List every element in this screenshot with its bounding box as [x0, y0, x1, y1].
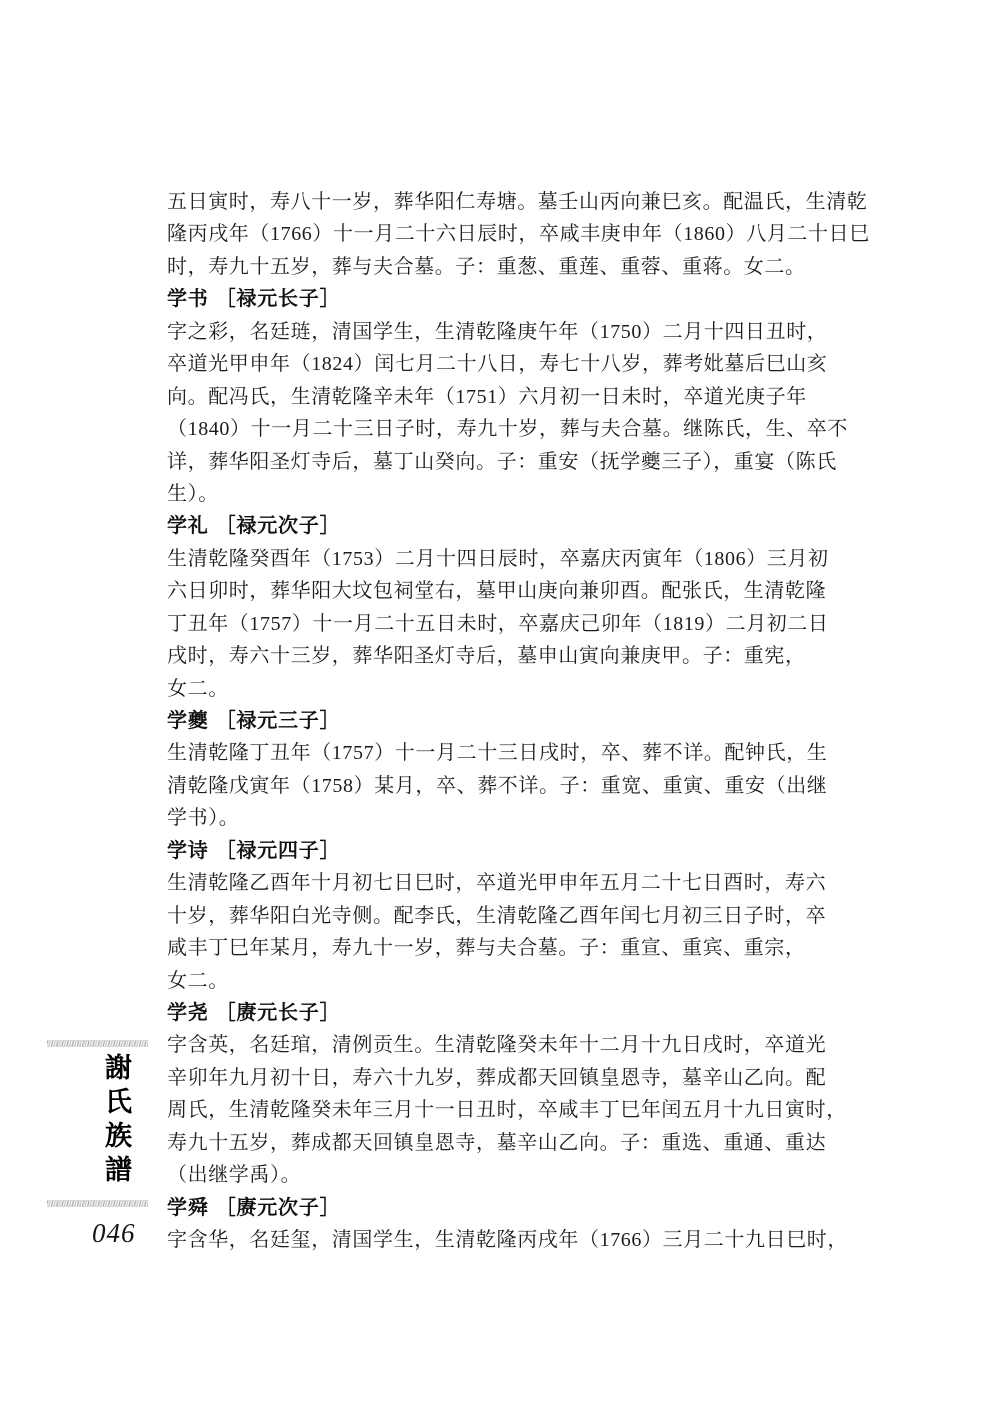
entry-name: 学礼	[167, 515, 209, 537]
text-line: 详，葬华阳圣灯寺后，墓丁山癸向。子：重安（抚学夔三子），重宴（陈氏	[167, 446, 872, 478]
entry-lineage: ［赓元次子］	[216, 1197, 341, 1219]
text-line: 六日卯时，葬华阳大坟包祠堂右，墓甲山庚向兼卯酉。配张氏，生清乾隆	[167, 575, 872, 607]
entry-header: 学书［禄元长子］	[167, 283, 872, 315]
text-line: 十岁，葬华阳白光寺侧。配李氏，生清乾隆乙酉年闰七月初三日子时，卒	[167, 900, 872, 932]
decorative-border-top	[47, 1040, 148, 1047]
text-line: 向。配冯氏，生清乾隆辛未年（1751）六月初一日未时，卒道光庚子年	[167, 381, 872, 413]
entry-header: 学舜［赓元次子］	[167, 1192, 872, 1224]
text-line: 字含英，名廷琯，清例贡生。生清乾隆癸未年十二月十九日戌时，卒道光	[167, 1029, 872, 1061]
text-line: 咸丰丁巳年某月，寿九十一岁，葬与夫合墓。子：重宣、重宾、重宗，	[167, 932, 872, 964]
text-line: （出继学禹）。	[167, 1159, 872, 1191]
entry-header: 学夔［禄元三子］	[167, 705, 872, 737]
text-line: 女二。	[167, 965, 872, 997]
entry-name: 学诗	[167, 840, 209, 862]
entry-lineage: ［禄元次子］	[216, 515, 341, 537]
entry-lineage: ［禄元三子］	[216, 710, 341, 732]
decorative-border-bottom	[47, 1200, 148, 1207]
text-line: 清乾隆戊寅年（1758）某月，卒、葬不详。子：重宽、重寅、重安（出继	[167, 770, 872, 802]
text-line: 时，寿九十五岁，葬与夫合墓。子：重葱、重莲、重蓉、重蒋。女二。	[167, 251, 872, 283]
entry-name: 学书	[167, 288, 209, 310]
text-line: 丁丑年（1757）十一月二十五日未时，卒嘉庆己卯年（1819）二月初二日	[167, 608, 872, 640]
book-spine-title: 謝氏族譜	[96, 1053, 135, 1203]
page-number: 046	[92, 1218, 136, 1249]
entry-header: 学诗［禄元四子］	[167, 835, 872, 867]
text-line: 女二。	[167, 673, 872, 705]
text-line: 生清乾隆丁丑年（1757）十一月二十三日戌时，卒、葬不详。配钟氏，生	[167, 737, 872, 769]
text-line: 五日寅时，寿八十一岁，葬华阳仁寿塘。墓壬山丙向兼巳亥。配温氏，生清乾	[167, 186, 872, 218]
entry-lineage: ［禄元长子］	[216, 288, 341, 310]
text-line: 周氏，生清乾隆癸未年三月十一日丑时，卒咸丰丁巳年闰五月十九日寅时，	[167, 1094, 872, 1126]
entry-lineage: ［赓元长子］	[216, 1002, 341, 1024]
entry-header: 学尧［赓元长子］	[167, 997, 872, 1029]
entry-name: 学夔	[167, 710, 209, 732]
text-line: 辛卯年九月初十日，寿六十九岁，葬成都天回镇皇恩寺，墓辛山乙向。配	[167, 1062, 872, 1094]
text-line: 生）。	[167, 478, 872, 510]
text-line: 寿九十五岁，葬成都天回镇皇恩寺，墓辛山乙向。子：重选、重通、重达	[167, 1127, 872, 1159]
text-line: 字之彩，名廷琏，清国学生，生清乾隆庚午年（1750）二月十四日丑时，	[167, 316, 872, 348]
text-line: 学书）。	[167, 802, 872, 834]
text-line: 字含华，名廷玺，清国学生，生清乾隆丙戌年（1766）三月二十九日巳时，	[167, 1224, 872, 1256]
entry-name: 学尧	[167, 1002, 209, 1024]
text-line: 生清乾隆癸酉年（1753）二月十四日辰时，卒嘉庆丙寅年（1806）三月初	[167, 543, 872, 575]
entry-lineage: ［禄元四子］	[216, 840, 341, 862]
text-line: 卒道光甲申年（1824）闰七月二十八日，寿七十八岁，葬考妣墓后巳山亥	[167, 348, 872, 380]
text-line: 戌时，寿六十三岁，葬华阳圣灯寺后，墓申山寅向兼庚甲。子：重宪，	[167, 640, 872, 672]
genealogy-text-block: 五日寅时，寿八十一岁，葬华阳仁寿塘。墓壬山丙向兼巳亥。配温氏，生清乾隆丙戌年（1…	[167, 186, 872, 1256]
entry-name: 学舜	[167, 1197, 209, 1219]
genealogy-page: 謝氏族譜 046 五日寅时，寿八十一岁，葬华阳仁寿塘。墓壬山丙向兼巳亥。配温氏，…	[0, 0, 1000, 1415]
text-line: （1840）十一月二十三日子时，寿九十岁，葬与夫合墓。继陈氏，生、卒不	[167, 413, 872, 445]
text-line: 隆丙戌年（1766）十一月二十六日辰时，卒咸丰庚申年（1860）八月二十日巳	[167, 218, 872, 250]
entry-header: 学礼［禄元次子］	[167, 510, 872, 542]
text-line: 生清乾隆乙酉年十月初七日巳时，卒道光甲申年五月二十七日酉时，寿六	[167, 867, 872, 899]
